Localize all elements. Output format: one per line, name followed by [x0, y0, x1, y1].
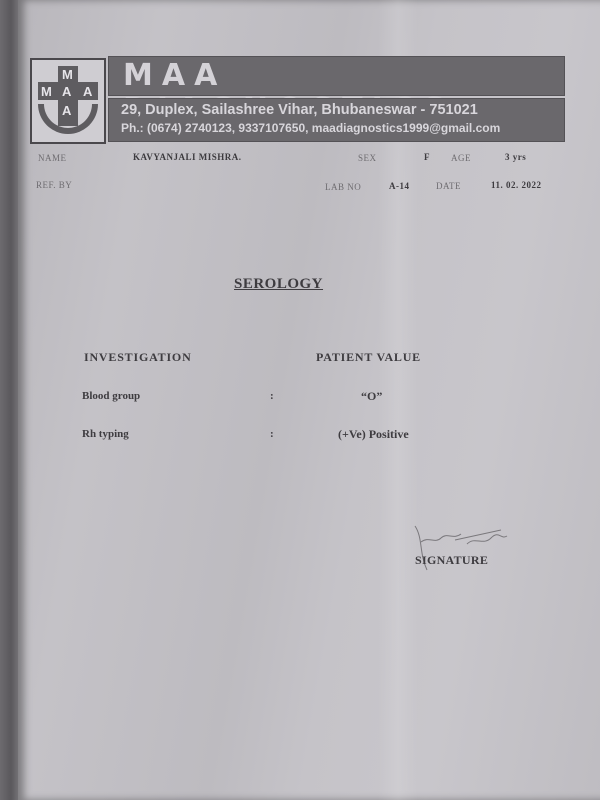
ref-by-label: REF. BY	[36, 180, 72, 190]
report-date: 11. 02. 2022	[491, 180, 542, 190]
patient-age: 3 yrs	[505, 152, 526, 162]
logo-letter-center: A	[62, 85, 71, 98]
signature-label: SIGNATURE	[415, 553, 488, 568]
lab-no-label: LAB NO	[325, 182, 361, 192]
sex-label: SEX	[358, 153, 377, 163]
section-title: SEROLOGY	[234, 276, 323, 293]
logo-letter-left: M	[41, 85, 52, 98]
name-label: NAME	[38, 153, 67, 163]
column-patient-value: PATIENT VALUE	[316, 350, 421, 365]
blood-group-separator: :	[270, 390, 274, 402]
logo-ring	[38, 104, 98, 134]
logo-letter-right: A	[83, 85, 92, 98]
column-investigation: INVESTIGATION	[84, 350, 192, 365]
signature-scribble	[405, 518, 515, 578]
rh-typing-value: (+Ve) Positive	[338, 427, 409, 442]
letterhead-contact-banner: 29, Duplex, Sailashree Vihar, Bhubaneswa…	[108, 98, 565, 142]
blood-group-value: “O”	[361, 389, 382, 404]
date-label: DATE	[436, 181, 461, 191]
blood-group-label: Blood group	[82, 390, 140, 402]
lab-contact: Ph.: (0674) 2740123, 9337107650, maadiag…	[121, 121, 500, 135]
lab-address: 29, Duplex, Sailashree Vihar, Bhubaneswa…	[121, 102, 478, 118]
lab-logo: M M A A A	[30, 58, 106, 144]
patient-name: KAVYANJALI MISHRA.	[133, 152, 242, 162]
logo-letter-top: M	[62, 68, 73, 81]
lab-no-value: A-14	[389, 181, 410, 191]
rh-typing-separator: :	[270, 428, 274, 440]
letterhead-title-banner: MAA DIAGNOSTICS	[108, 56, 565, 96]
patient-sex: F	[424, 152, 430, 162]
age-label: AGE	[451, 153, 471, 163]
rh-typing-label: Rh typing	[82, 428, 129, 440]
